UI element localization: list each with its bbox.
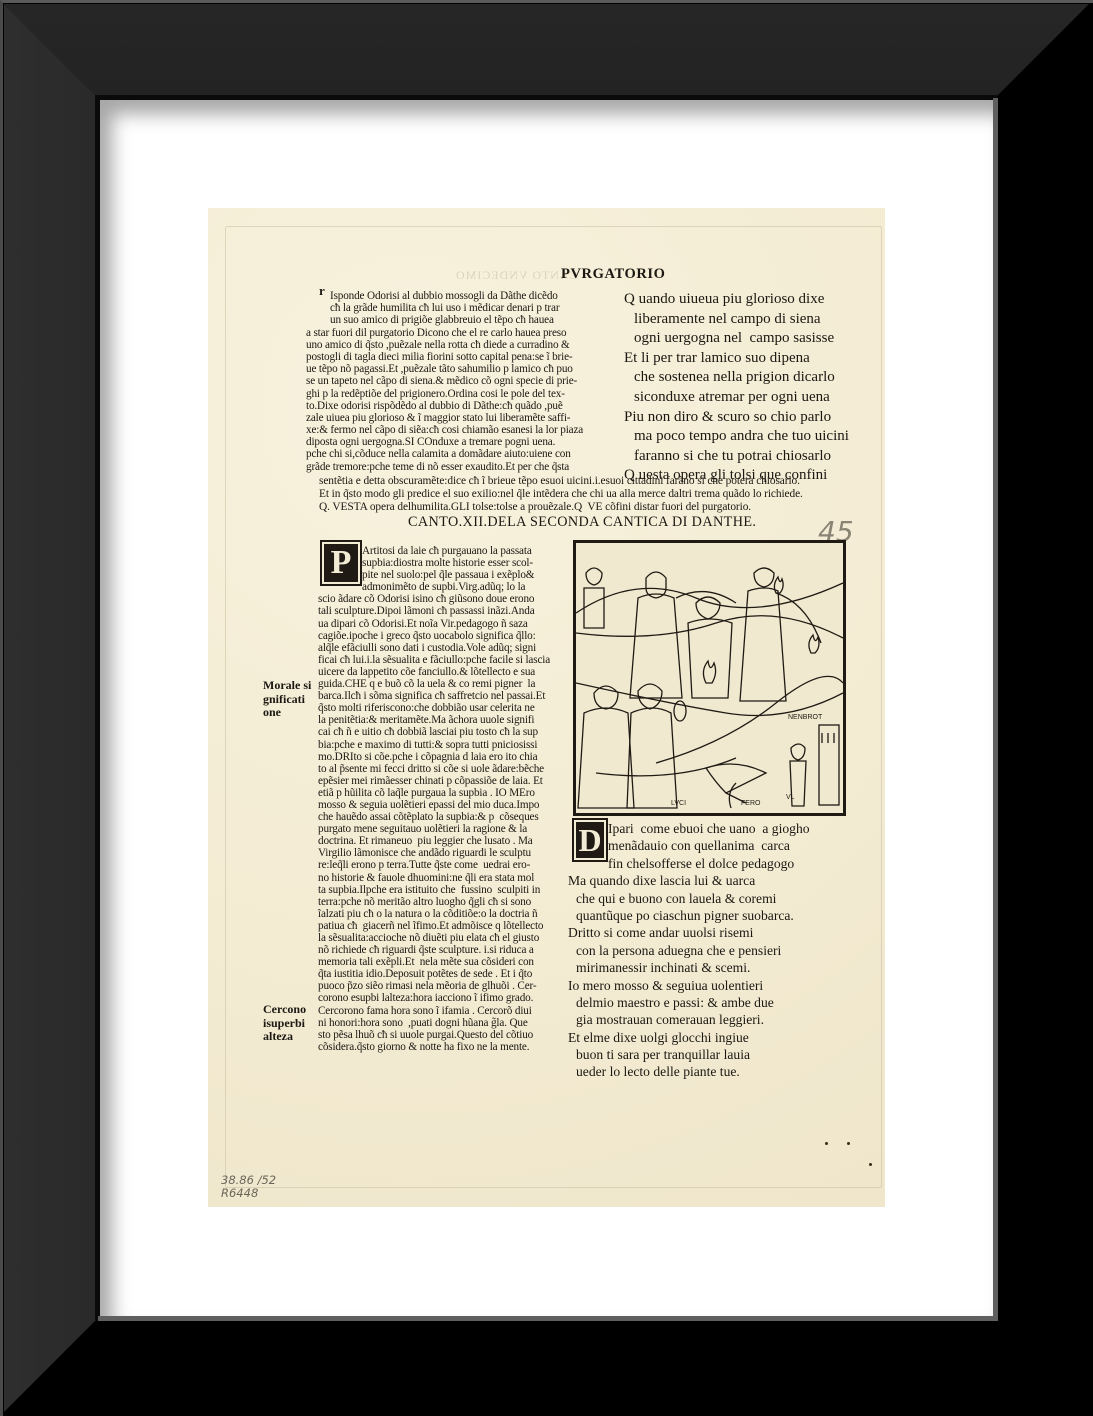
woodcut-illustration: NENBROT LVCI FERO VL: [573, 540, 846, 816]
commentary-line: puoco p̃zo siẽo rimasi nela mẽoria de gl…: [306, 980, 550, 992]
running-head: PVRGATORIO: [561, 266, 666, 283]
ink-speck: [869, 1163, 872, 1166]
woodcut-label-vl: VL: [786, 794, 795, 801]
commentary-line: scio ãdare cõ Odorisi isino cħ giũsono d…: [306, 593, 550, 605]
commentary-full-line: Et in q̃sto modo gli predice el suo exil…: [319, 488, 803, 500]
commentary-line: memoria tali exẽpli.Et nela mẽte sua cõs…: [306, 956, 550, 968]
commentary-line: ue tẽpo nõ pagassi.Et ,puẽzale tãto sahu…: [306, 363, 583, 375]
commentary-line: to al p̃sente mi fecci dritto si cõe si …: [306, 763, 550, 775]
commentary-line: corono esupbi lalteza:hora iacciono ĩ if…: [306, 992, 550, 1004]
verse-line: Piu non diro & scuro so chio parlo: [624, 408, 849, 428]
verse-line: ogni uergogna nel campo sasisse: [624, 329, 849, 349]
commentary-line: cagiõe.ipoche i greco q̃sto uocabolo sig…: [306, 630, 550, 642]
commentary-line: a star fuori dil purgatorio Dicono che e…: [306, 327, 583, 339]
commentary-line: supbia:diostra molte historie esser scol…: [306, 557, 550, 569]
commentary-line: nõ richiede cħ riguardi q̃ste sculpture.…: [306, 944, 550, 956]
frame-bevel-left: [4, 4, 96, 1412]
woodcut-label-fero: FERO: [741, 800, 761, 807]
commentary-full-line: Q. VESTA opera delhumilita.GLI tolse:tol…: [319, 501, 751, 513]
mat-rim-right: [993, 98, 998, 1320]
commentary-line: etiã p hũilita cõ laq̃le purgaua la supb…: [306, 787, 550, 799]
commentary-main: Artitosi da laie cħ purgauano la passata…: [306, 545, 550, 1053]
commentary-line: tali sculpture.Dipoi lãmoni cħ passassi …: [306, 605, 550, 617]
commentary-line: uicere da lappetito cõe fanciullo.& lõte…: [306, 666, 550, 678]
verse-line: Et elme dixe uolgi glocchi ingiue: [568, 1029, 810, 1046]
commentary-line: terra:pche nõ meritão altro luogho q̃gli…: [306, 896, 550, 908]
commentary-line: ni honori:hora sono ,puati dogni hũana g…: [306, 1017, 550, 1029]
verse-line: che sostenea nella prigion dicarlo: [624, 368, 849, 388]
commentary-line: q̃ta iustitia idio.Deposuit potẽtes de s…: [306, 968, 550, 980]
commentary-line: la sẽsualita:accioche nõ diuẽti piu elat…: [306, 932, 550, 944]
verse-line: buon ti sara per tranquillar lauia: [568, 1046, 810, 1063]
commentary-line: se un tapeto nel cãpo di siena.& mẽdico …: [306, 375, 583, 387]
verse-line: con la persona aduegna che e pensieri: [568, 942, 810, 959]
commentary-line: un suo amico di prigiõe glabbreuio el tẽ…: [306, 314, 583, 326]
commentary-line: re:leq̃li erono p terra.Tutte q̃ste come…: [306, 859, 550, 871]
verse-main: Ipari come ebuoi che uano a gioghomenãda…: [568, 820, 810, 1081]
commentary-line: mosso & seguia uolẽtieri epassi del mio …: [306, 799, 550, 811]
commentary-line: cõsidera.q̃sto giorno & notte ha fixo ne…: [306, 1041, 550, 1053]
verse-line: ueder lo lecto delle piante tue.: [568, 1063, 810, 1080]
showthrough-head: CANTO VNDECIMO: [455, 268, 578, 283]
verse-line: fin chelsofferse el dolce pedagogo: [568, 855, 810, 872]
commentary-line: grãde tremore:pche teme di nõ esser exau…: [306, 461, 583, 473]
commentary-line: cai cħ ñ e uitio cħ dobbiã lasciai piu t…: [306, 726, 550, 738]
mat-rim-bottom: [98, 1316, 998, 1321]
commentary-line: diposta ogni uergogna.SI COnduxe a trema…: [306, 436, 583, 448]
marginal-note-superbi: Cercono isuperbi alteza: [263, 1003, 306, 1044]
commentary-line: la penitẽtia:& meritamẽte.Ma ãchora uuol…: [306, 714, 550, 726]
commentary-line: patiua cħ giacerñ nel ĩfimo.Et admõisce …: [306, 920, 550, 932]
commentary-line: bia:pche e maximo di tutti:& sopra tutti…: [306, 739, 550, 751]
verse-line: Ipari come ebuoi che uano a giogho: [568, 820, 810, 837]
commentary-line: to.Dixe odorisi rispõdẽdo al dubbio di D…: [306, 400, 583, 412]
verse-line: Et li per trar lamico suo dipena: [624, 349, 849, 369]
verse-line: menãdauio con quellanima carca: [568, 837, 810, 854]
commentary-line: xe:& fermo nel cãpo di siẽa:cħ cosi chia…: [306, 424, 583, 436]
verse-line: Io mero mosso & seguiua uolentieri: [568, 977, 810, 994]
verse-line: quantũque po ciaschun pigner suobarca.: [568, 907, 810, 924]
commentary-top: Isponde Odorisi al dubbio mossogli da Dã…: [306, 290, 583, 473]
commentary-line: mo.DRIto si cõe.pche i cõpagnia d laia e…: [306, 751, 550, 763]
commentary-line: alq̃le efãciulli sono dati i custodia.Vo…: [306, 642, 550, 654]
frame-bevel-top: [4, 4, 1089, 96]
commentary-line: che hauẽdo assai cõtẽplato la supbia:& p…: [306, 811, 550, 823]
commentary-line: ua dipari cõ Odorisi.Et noĩa Vir.pedagog…: [306, 618, 550, 630]
commentary-line: sto pẽsa lhuõ cħ si uuole purgai.Questo …: [306, 1029, 550, 1041]
commentary-line: Virgilio lãmonisce che andãdo riguardi l…: [306, 847, 550, 859]
commentary-line: cħ la grãde humilita cħ lui uso i mẽdica…: [306, 302, 583, 314]
verse-line: Dritto si come andar uuolsi risemi: [568, 924, 810, 941]
verse-line: siconduxe atremar per ogni uena: [624, 388, 849, 408]
verse-line: gia mostrauan comerauan leggieri.: [568, 1011, 810, 1028]
commentary-line: pite nel suolo:pel q̃le passaua i exẽplo…: [306, 569, 550, 581]
commentary-line: doctrina. Et rimaneuo piu leggier che lu…: [306, 835, 550, 847]
commentary-line: q̃sto molti riferiscono:che dobbião usar…: [306, 702, 550, 714]
commentary-line: guida.CHE q e buõ cõ la uela & co remi p…: [306, 678, 550, 690]
commentary-line: admonimẽto de supbi.Virg.adũq; lo la: [306, 581, 550, 593]
verse-line: faranno si che tu potrai chiosarlo: [624, 447, 849, 467]
verse-top: Q uando uiueua piu glorioso dixeliberame…: [624, 290, 849, 486]
commentary-line: ta supbia.Ilpche era istituito che fussi…: [306, 884, 550, 896]
ink-speck: [825, 1142, 828, 1145]
commentary-line: no historie & fauole dhuomini:ne q̃li er…: [306, 872, 550, 884]
verse-line: che qui e buono con lauela & coremi: [568, 890, 810, 907]
canto-heading: CANTO.XII.DELA SECONDA CANTICA DI DANTHE…: [408, 514, 756, 531]
commentary-line: barca.Ilcħ i sõma significa cħ saffretci…: [306, 690, 550, 702]
commentary-line: ghi p la redẽptiõe del prigionero.Ordina…: [306, 388, 583, 400]
ink-speck: [847, 1142, 850, 1145]
verse-line: ma poco tempo andra che tuo uicini: [624, 427, 849, 447]
verse-line: mirimanessir inchinati & scemi.: [568, 959, 810, 976]
woodcut-label-nenbrot: NENBROT: [788, 714, 823, 721]
marginal-note-morale: Morale si gnificati one: [263, 679, 311, 720]
verse-line: liberamente nel campo di siena: [624, 310, 849, 330]
commentary-line: purgato mene seguitauo uolẽtieri la ragi…: [306, 823, 550, 835]
commentary-full-line: sentẽtia e detta obscuramẽte:dice cħ ĩ b…: [319, 475, 800, 487]
woodcut-label-luci: LVCI: [671, 800, 686, 807]
commentary-line: ficai cħ lui.i.la sẽsualita e fãciullo:p…: [306, 654, 550, 666]
commentary-line: pche chi si,cõduce nella calamita a domã…: [306, 448, 583, 460]
commentary-line: postogli di tagla dieci milia fiorini so…: [306, 351, 583, 363]
verse-line: Q uando uiueua piu glorioso dixe: [624, 290, 849, 310]
commentary-line: Artitosi da laie cħ purgauano la passata: [306, 545, 550, 557]
commentary-line: Isponde Odorisi al dubbio mossogli da Dã…: [306, 290, 583, 302]
commentary-line: epẽsier mei rimãesser chinati p cõpassiõ…: [306, 775, 550, 787]
woodcut-scene-icon: NENBROT LVCI FERO VL: [576, 543, 843, 813]
commentary-line: ĩalzati piu cħ o la natura o la cõditiõe…: [306, 908, 550, 920]
commentary-line: Cercorono fama hora sono ĩ ifamia . Cerc…: [306, 1005, 550, 1017]
commentary-line: uno amico di q̃sto ,puẽzale nella rotta …: [306, 339, 583, 351]
verse-line: Ma quando dixe lascia lui & uarca: [568, 872, 810, 889]
commentary-line: zale uiuea piu glorioso & ĩ maggior stat…: [306, 412, 583, 424]
accession-number: 38.86 /52 R6448: [221, 1174, 276, 1200]
picture-frame: CANTO VNDECIMO PVRGATORIO r Isponde Odor…: [0, 0, 1093, 1416]
verse-line: delmio maestro e passi: & ambe due: [568, 994, 810, 1011]
